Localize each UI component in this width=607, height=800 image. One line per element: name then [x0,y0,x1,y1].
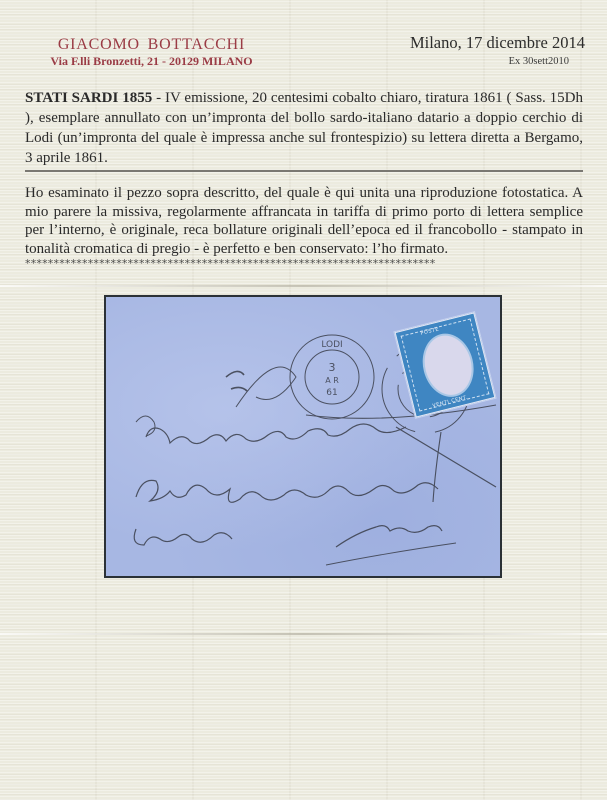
cover-photo: LODI 3 A R 61 POSTE VENTI CENT. [104,295,502,578]
description-lead: STATI SARDI 1855 [25,90,152,106]
star-separator: ****************************************… [25,257,585,270]
paper-fold-line [0,633,607,635]
expert-opinion: Ho esaminato il pezzo sopra descritto, d… [25,184,583,258]
certificate-reference: Ex 30sett2010 [509,56,569,67]
postmark-town: LODI [321,340,342,350]
postmark-day: 3 [329,361,336,374]
postmark-month: A R [325,376,339,385]
certificate-place-date: Milano, 17 dicembre 2014 [410,33,585,53]
item-description: STATI SARDI 1855 - IV emissione, 20 cent… [25,88,583,168]
paper-fold-line [0,285,607,287]
issuer-name: GIACOMO BOTTACCHI [0,36,303,54]
issuer-address: Via F.lli Bronzetti, 21 - 20129 MILANO [0,54,303,69]
section-divider [25,170,583,172]
postmark-year: 61 [326,388,337,398]
